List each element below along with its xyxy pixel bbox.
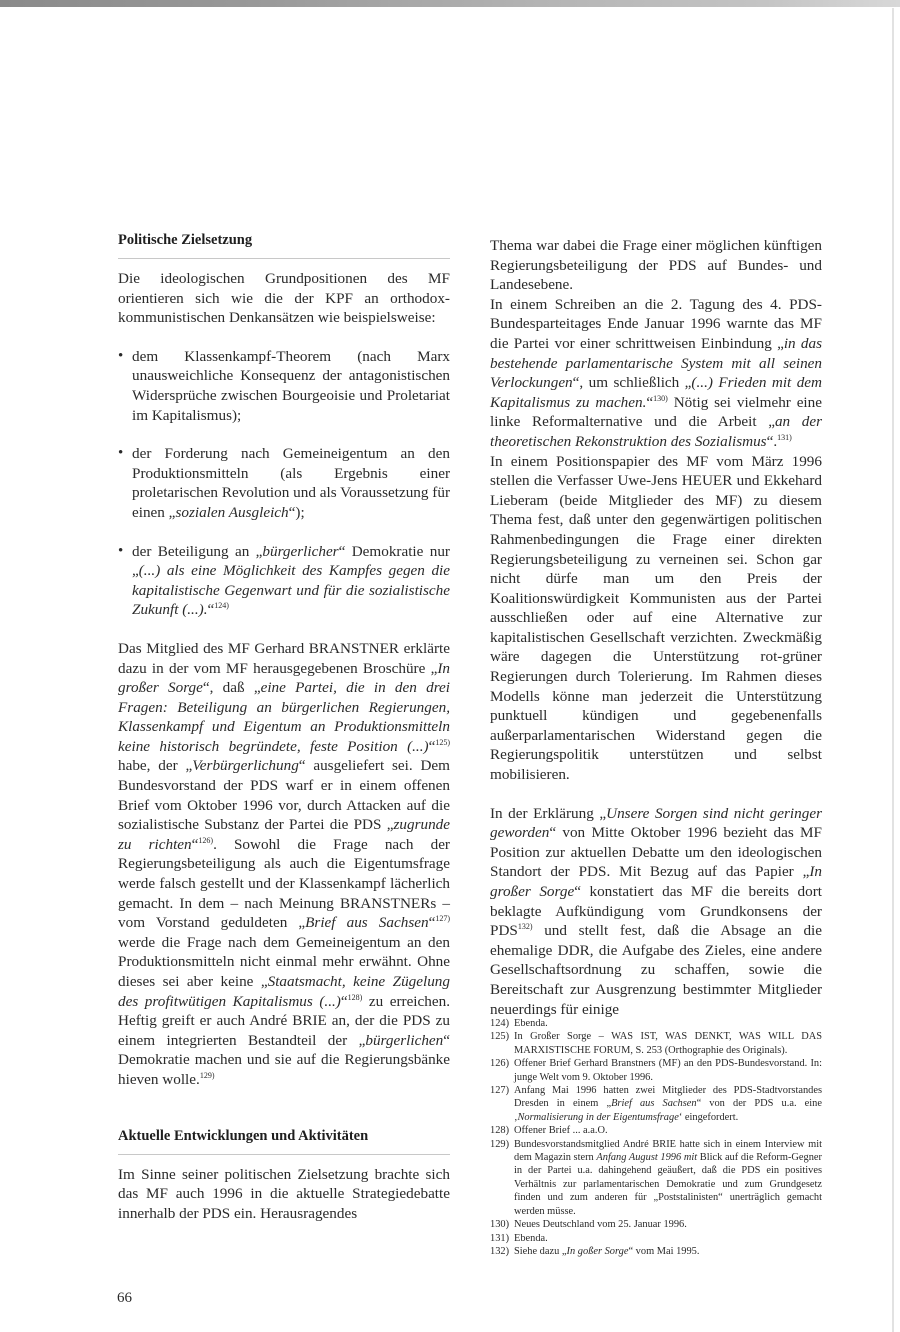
footnote-129: 129)Bundesvorstandsmitglied André BRIE h… <box>490 1138 822 1218</box>
strategy-paragraph: Im Sinne seiner politischen Zielsetzung … <box>118 1165 450 1224</box>
scan-right-edge <box>892 8 894 1332</box>
footnote-127: 127)Anfang Mai 1996 hatten zwei Mitglied… <box>490 1084 822 1124</box>
footnote-ref: 126) <box>198 836 213 845</box>
footnote-131: 131)Ebenda. <box>490 1232 822 1245</box>
section-heading-politische-zielsetzung: Politische Zielsetzung <box>118 230 450 259</box>
footnote-ref: 125) <box>435 738 450 747</box>
positionspapier-paragraph: In einem Positionspapier des MF vom März… <box>490 452 822 785</box>
footnote-126: 126)Offener Brief Gerhard Branstners (MF… <box>490 1057 822 1084</box>
footnote-ref: 130) <box>653 394 668 403</box>
footnote-128: 128)Offener Brief ... a.a.O. <box>490 1124 822 1137</box>
erklaerung-paragraph: In der Erklärung „Unsere Sorgen sind nic… <box>490 804 822 1020</box>
footnote-124: 124)Ebenda. <box>490 1017 822 1030</box>
footnote-ref: 124) <box>214 601 229 610</box>
position-list: dem Klassenkampf-Theorem (nach Marx unau… <box>118 347 450 620</box>
footnote-ref: 132) <box>518 922 533 931</box>
left-column: Politische Zielsetzung Die ideologischen… <box>118 230 450 1223</box>
list-item: der Beteiligung an „bürgerlicher“ Demokr… <box>118 542 450 620</box>
intro-paragraph: Die ideologischen Grundpositionen des MF… <box>118 269 450 328</box>
footnote-ref: 131) <box>777 433 792 442</box>
footnotes: 124)Ebenda. 125)In Großer Sorge – WAS IS… <box>490 1017 822 1258</box>
page-number: 66 <box>117 1290 132 1307</box>
list-item: der Forderung nach Gemeineigentum an den… <box>118 444 450 522</box>
list-item: dem Klassenkampf-Theorem (nach Marx unau… <box>118 347 450 425</box>
right-column: Thema war dabei die Frage einer mögliche… <box>490 236 822 1019</box>
footnote-130: 130)Neues Deutschland vom 25. Januar 199… <box>490 1218 822 1231</box>
footnote-125: 125)In Großer Sorge – WAS IST, WAS DENKT… <box>490 1030 822 1057</box>
regierung-paragraph: Thema war dabei die Frage einer mögliche… <box>490 236 822 295</box>
footnote-132: 132)Siehe dazu „In goßer Sorge“ vom Mai … <box>490 1245 822 1258</box>
schreiben-paragraph: In einem Schreiben an die 2. Tagung des … <box>490 295 822 452</box>
branstner-paragraph: Das Mitglied des MF Gerhard BRANSTNER er… <box>118 639 450 1090</box>
footnote-ref: 129) <box>200 1071 215 1080</box>
scan-top-border <box>0 0 900 7</box>
section-heading-aktuelle-entwicklungen: Aktuelle Entwicklungen und Aktivitäten <box>118 1126 450 1155</box>
footnote-ref: 128) <box>348 993 363 1002</box>
footnote-ref: 127) <box>435 914 450 923</box>
